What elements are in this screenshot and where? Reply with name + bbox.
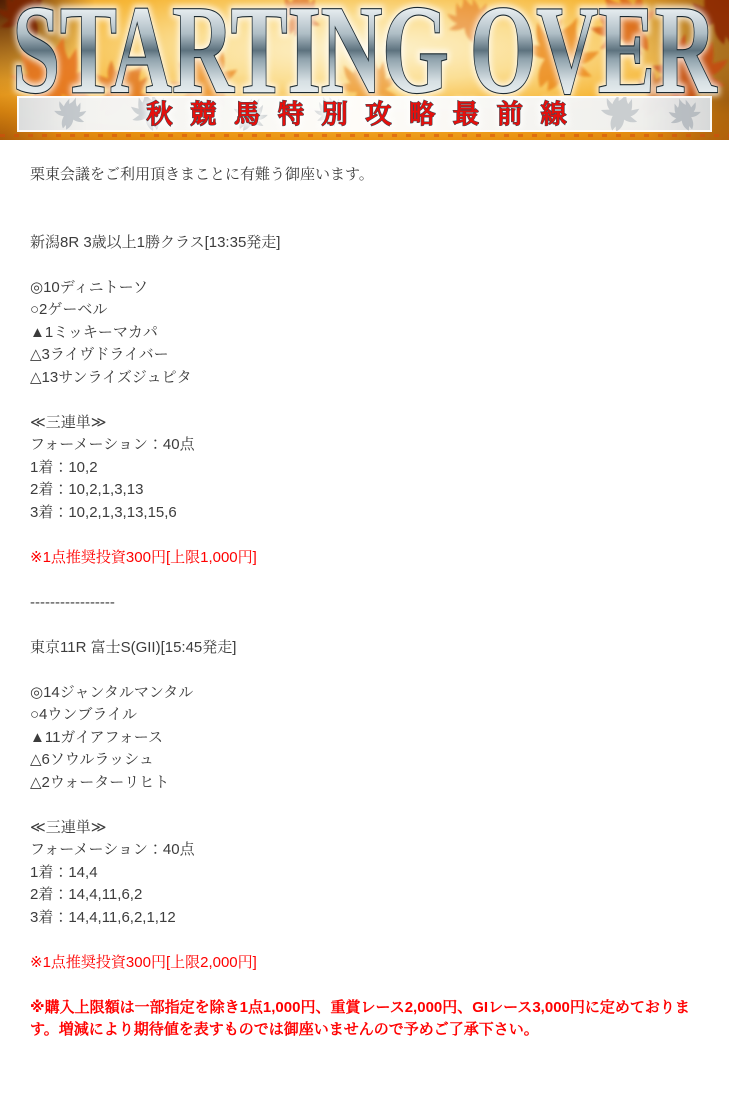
content-lines: 栗東会議をご利用頂きまことに有難う御座います。新潟8R 3歳以上1勝クラス[13… xyxy=(0,140,729,1042)
text-line: フォーメーション：40点 xyxy=(30,839,709,862)
blank-line xyxy=(30,254,709,277)
banner-subtitle: 秋競馬特別攻略最前線 xyxy=(147,100,583,129)
text-line: 3着：14,4,11,6,2,1,12 xyxy=(30,907,709,930)
text-line: ※1点推奨投資300円[上限1,000円] xyxy=(30,547,709,570)
text-line: ▲1ミッキーマカパ xyxy=(30,322,709,345)
text-line: ≪三連単≫ xyxy=(30,817,709,840)
blank-line xyxy=(30,929,709,952)
text-line: △13サンライズジュピタ xyxy=(30,367,709,390)
text-line: △6ソウルラッシュ xyxy=(30,749,709,772)
blank-line xyxy=(30,794,709,817)
blank-line xyxy=(30,569,709,592)
text-line: ◎10ディニトーソ xyxy=(30,277,709,300)
text-line: ○2ゲーベル xyxy=(30,299,709,322)
text-line: △3ライヴドライバー xyxy=(30,344,709,367)
text-line: ※1点推奨投資300円[上限2,000円] xyxy=(30,952,709,975)
text-line: ≪三連単≫ xyxy=(30,412,709,435)
text-line: ○4ウンブライル xyxy=(30,704,709,727)
text-line: フォーメーション：40点 xyxy=(30,434,709,457)
blank-line xyxy=(30,659,709,682)
text-line: ▲11ガイアフォース xyxy=(30,727,709,750)
blank-line xyxy=(30,614,709,637)
text-line: 2着：14,4,11,6,2 xyxy=(30,884,709,907)
blank-line xyxy=(30,389,709,412)
text-line: △2ウォーターリヒト xyxy=(30,772,709,795)
text-line: 栗東会議をご利用頂きまことに有難う御座います。 xyxy=(30,164,709,187)
blank-line xyxy=(30,209,709,232)
text-line: 新潟8R 3歳以上1勝クラス[13:35発走] xyxy=(30,232,709,255)
text-line: 3着：10,2,1,3,13,15,6 xyxy=(30,502,709,525)
text-line: 東京11R 富士S(GII)[15:45発走] xyxy=(30,637,709,660)
text-line: ◎14ジャンタルマンタル xyxy=(30,682,709,705)
blank-line xyxy=(30,187,709,210)
banner-art: STARTING OVER STARTING OVER 秋競馬特別攻略最前線 秋… xyxy=(0,0,729,140)
text-line: 1着：10,2 xyxy=(30,457,709,480)
text-line: ----------------- xyxy=(30,592,709,615)
header-banner: STARTING OVER STARTING OVER 秋競馬特別攻略最前線 秋… xyxy=(0,0,729,140)
blank-line xyxy=(30,974,709,997)
text-line: 2着：10,2,1,3,13 xyxy=(30,479,709,502)
text-line: ※購入上限額は一部指定を除き1点1,000円、重賞レース2,000円、GIレース… xyxy=(30,997,709,1042)
blank-line xyxy=(30,524,709,547)
text-line: 1着：14,4 xyxy=(30,862,709,885)
page: STARTING OVER STARTING OVER 秋競馬特別攻略最前線 秋… xyxy=(0,0,729,1096)
